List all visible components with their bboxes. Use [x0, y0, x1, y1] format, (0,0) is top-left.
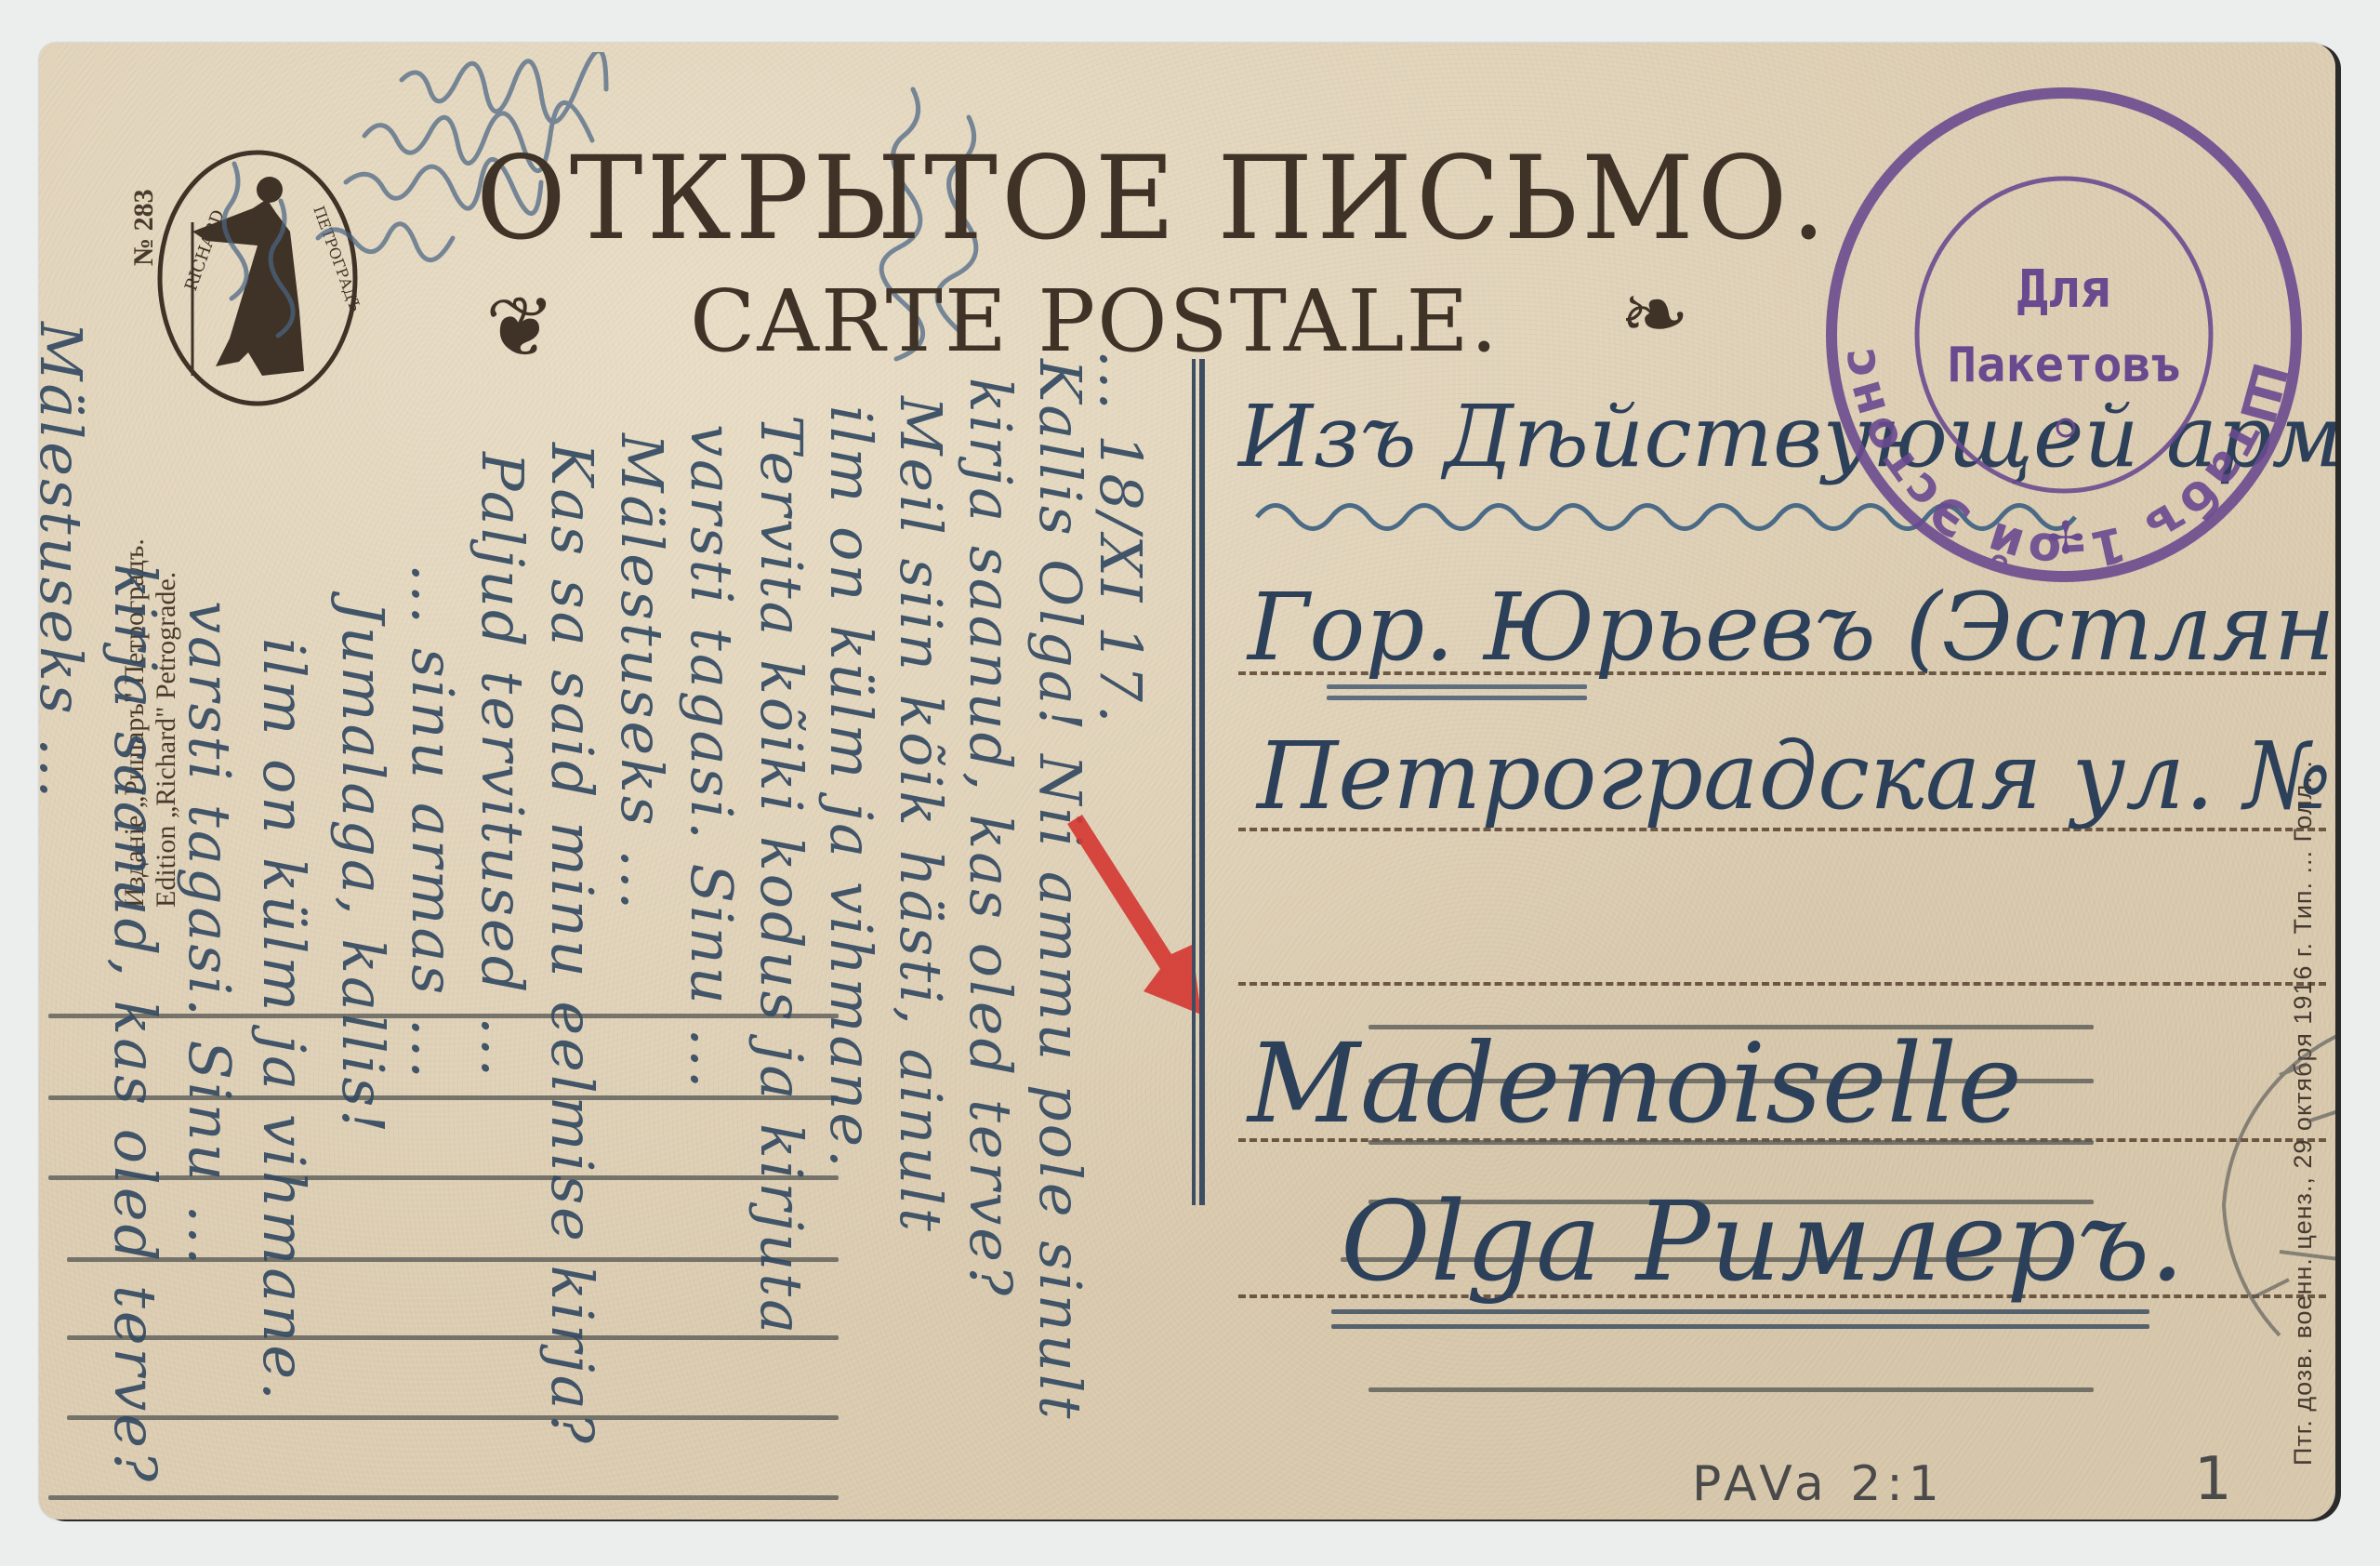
svg-text:Для: Для [2016, 259, 2110, 320]
address-line [1238, 982, 2326, 986]
flourish-right-icon: ❧ [1620, 273, 1689, 357]
message-line: varsti tagasi. Sinu ... [176, 601, 244, 1268]
underline-stroke [1331, 1324, 2149, 1329]
message-date-line: ... 18/XI 17. [1087, 350, 1155, 726]
address-line-4: Mademoiselle [1248, 1019, 2022, 1148]
red-arrow-icon [1062, 805, 1210, 1019]
message-line: kirja saanud, kas oled terve? [101, 564, 169, 1484]
svg-text:Пакетовъ: Пакетовъ [1948, 338, 2180, 393]
message-line: Mälestuseks ... [608, 433, 676, 912]
postmark-remnant-icon [2168, 1019, 2335, 1410]
message-line: ... sinu armas ... [399, 564, 467, 1082]
message-line: varsti tagasi. Sinu ... [678, 424, 746, 1092]
military-unit-stamp-icon: Штабъ 1-ой Эстонской Пѣхотной Дивизіи Дл… [1822, 84, 2306, 586]
svg-text:✢: ✢ [2047, 512, 2084, 564]
message-line: Paljud tervitused ... [469, 452, 536, 1080]
city-underline [1327, 684, 1587, 689]
city-underline [1327, 696, 1587, 700]
flourish-left-icon: ❦ [485, 286, 555, 370]
message-line: Mälestuseks ... [39, 322, 95, 801]
card-title-russian: ОТКРЫТОЕ ПИСЬМО. [476, 140, 1830, 256]
address-line-5: Olga Римлеръ. [1341, 1177, 2185, 1306]
message-line: ilm on külm ja vihmane. [817, 405, 885, 1171]
address-line-3: Петроградская ул. № 3 [1257, 722, 2335, 830]
message-line: Jumalaga, kallis! [329, 601, 397, 1135]
ruled-line [67, 1335, 839, 1340]
postcard: RICHARD ПЕТРОГРАДЪ ОТКРЫТОЕ ПИСЬМО. ❦ CA… [39, 43, 2335, 1520]
card-number: № 283 [128, 189, 160, 266]
pencil-number: 1 [2194, 1445, 2238, 1514]
ruled-line [1368, 1387, 2094, 1392]
ruled-line [67, 1415, 839, 1420]
archive-code: PAVa 2:1 [1692, 1456, 1945, 1512]
address-divider [1192, 359, 1205, 1205]
ruled-line [48, 1495, 839, 1500]
underline-stroke [1331, 1309, 2149, 1314]
message-line: Kas sa said minu eelmise kirja? [538, 443, 606, 1446]
message-line: Tervita kõiki kodus ja kirjuta [747, 415, 815, 1336]
address-line-2: Гор. Юрьевъ (Эстлянд. губ.) [1248, 573, 2335, 682]
message-line: Meil siin kõik hästi, ainult [887, 396, 955, 1234]
message-line: ilm on külm ja vihmane. [250, 638, 318, 1403]
message-line: kirja saanud, kas oled terve? [957, 378, 1025, 1298]
